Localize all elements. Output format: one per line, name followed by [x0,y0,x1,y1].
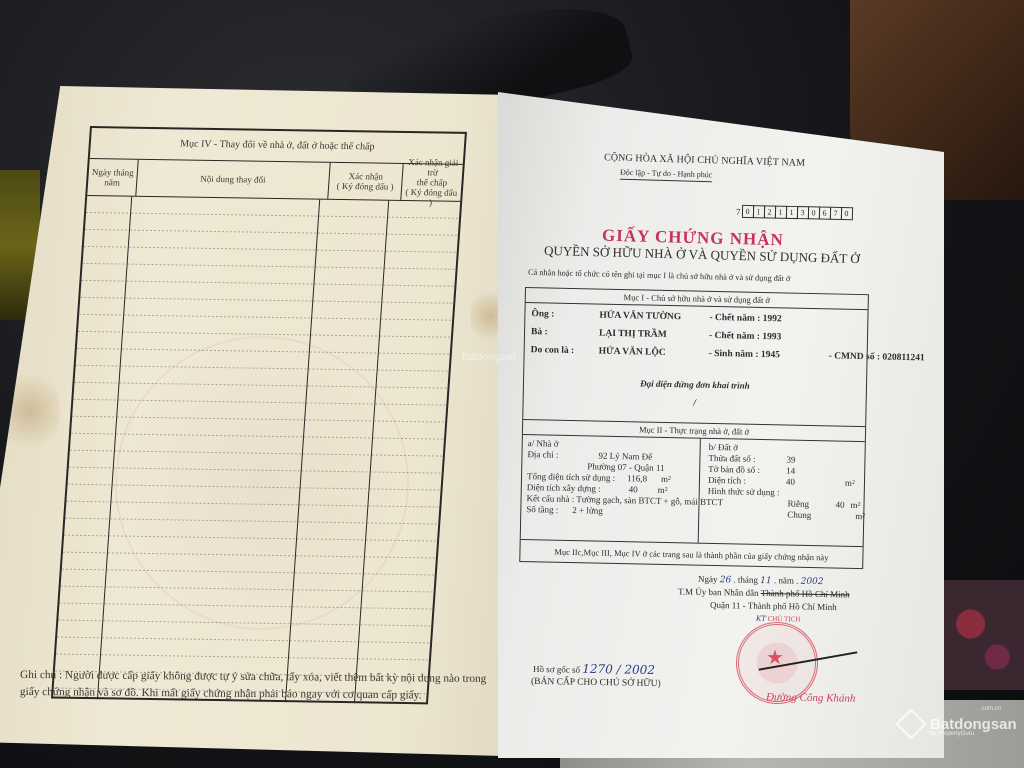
column-confirm: Xác nhận ( Ký đóng dấu ) [328,163,403,200]
changes-table-header: Ngày tháng năm Nội dung thay đổi Xác nhậ… [87,159,462,202]
note-text: Ghi chú : Người được cấp giấy không được… [20,667,490,705]
land-heading: b/ Đất ở [709,442,738,454]
floors-value: 2 + lửng [572,505,603,517]
background-fabric [935,580,1024,690]
changes-table-body [53,196,460,704]
certificate-subtitle: QUYỀN SỞ HỮU NHÀ Ở VÀ QUYỀN SỬ DỤNG ĐẤT … [544,243,860,267]
owners-section: Ông : HỨA VĂN TƯỜNG - Chết năm : 1992 Bà… [523,303,867,427]
private-label: Riêng [787,499,827,511]
floors-label: Số tầng : [526,504,558,516]
private-value: 40 [835,500,844,511]
column-content: Nội dung thay đổi [136,160,330,199]
date-year: 2002 [801,577,824,587]
batdongsan-logo-icon [895,708,926,739]
id-number: - CMND số : 020811241 [829,351,925,363]
shared-label: Chung [787,510,827,522]
date-month: 11 [760,576,772,586]
stain [0,366,60,456]
signer-name: Đường Công Khánh [766,691,856,705]
owner-row: Do con là : HỨA VĂN LỘC - Sinh năm : 194… [531,345,925,363]
changes-table: Mục IV - Thay đổi về nhà ở, đất ở hoặc t… [51,126,467,704]
watermark-center: Batdongsan [462,352,515,363]
house-heading: a/ Nhà ở [528,438,559,450]
column-date: Ngày tháng năm [87,159,138,196]
issuing-committee: T.M Ủy ban Nhân dân Thành phố Hồ Chí Min… [678,587,850,600]
property-status: a/ Nhà ở Địa chỉ :92 Lý Nam Đế Phường 07… [521,435,865,547]
address-label: Địa chỉ : [527,449,558,461]
map-value: 14 [786,466,795,477]
dotted-lines [98,197,319,702]
watermark: Batdongsan .com.vn by PropertyGuru [900,713,1017,735]
date-day: 26 [720,575,732,585]
issue-date: Ngày 26 . tháng 11 . năm . 2002 [698,574,824,587]
owner-row: Ông : HỨA VĂN TƯỜNG - Chết năm : 1992 [531,309,829,325]
nation-motto: Độc lập - Tự do - Hạnh phúc [620,168,713,183]
certificate-left-page: Mục IV - Thay đổi về nhà ở, đất ở hoặc t… [0,86,502,756]
house-info: a/ Nhà ở Địa chỉ :92 Lý Nam Đế Phường 07… [521,435,701,543]
total-area-value: 116,8 [627,473,647,484]
certificate-description: Cá nhân hoặc tổ chức có tên ghi tại mục … [528,268,791,283]
built-area-value: 40 [629,484,638,495]
representative-label: Đại diện đứng đơn khai trình [524,376,866,393]
certificate-details-box: Mục I - Chủ sở hữu nhà ở và sử dụng đất … [519,287,869,569]
file-number: Hồ sơ gốc số 1270 / 2002 [533,661,655,677]
land-area-value: 40 [786,477,795,488]
certificate-right-page: CỘNG HÒA XÃ HỘI CHỦ NGHĨA VIỆT NAM Độc l… [498,92,944,758]
issuing-district: Quận 11 - Thành phố Hồ Chí Minh [710,600,837,612]
owner-row: Bà : LẠI THỊ TRẦM - Chết năm : 1993 [531,327,829,343]
column-release: Xác nhận giải trừ thế chấp ( Ký đóng dấu… [401,164,462,201]
nation-name: CỘNG HÒA XÃ HỘI CHỦ NGHĨA VIỆT NAM [604,152,805,169]
plot-value: 39 [786,455,795,466]
copy-note: (BẢN CẤP CHO CHỦ SỞ HỮU) [531,677,661,689]
shared-value [835,511,849,522]
serial-number: 7 0 1 2 1 1 3 0 6 7 0 [736,205,853,220]
land-info: b/ Đất ở Thửa đất số :39 Tờ bản đồ số :1… [699,439,875,547]
usage-label: Hình thức sử dụng : [708,486,780,499]
representative-value: / [524,395,866,412]
